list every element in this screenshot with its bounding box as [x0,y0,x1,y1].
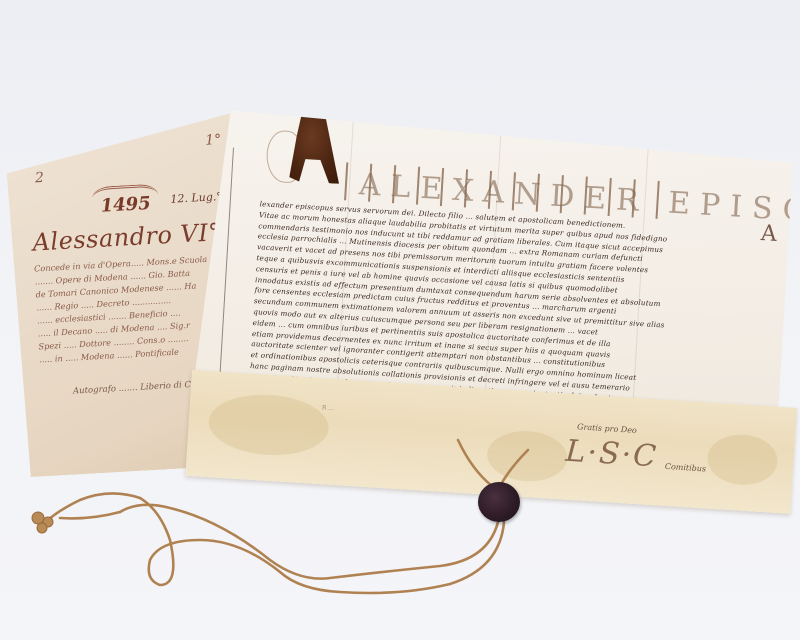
papal-seal-bulla [478,482,520,522]
cover-date: 12. Lug.° [170,190,222,206]
folio-number-left: 2 [35,170,45,186]
corner-mark: A [760,221,777,247]
scribe-note: Gratis pro Deo [577,422,637,435]
scribe-signature: L·S·C [565,434,660,475]
cartouche-year: 1495 [92,184,160,225]
age-stain [486,429,569,484]
photo-scene: 2 1° 1495 12. Lug.° Alessandro VI° Papa … [0,0,800,640]
age-stain [706,433,779,487]
signature-suffix: Comitibus [665,462,707,474]
folio-number-right: 1° [205,132,222,149]
age-stain [207,391,331,458]
registry-note: R ... [322,404,335,412]
illuminated-initial-a [289,105,343,184]
